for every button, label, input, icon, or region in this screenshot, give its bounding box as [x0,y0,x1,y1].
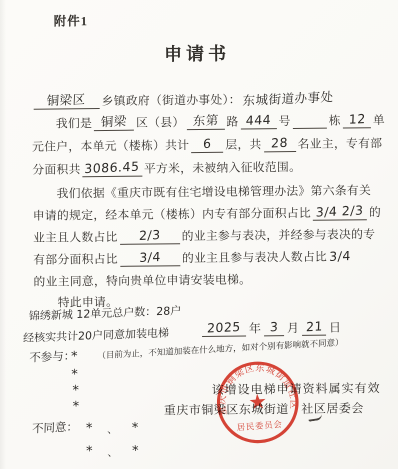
year-label: 年 [249,321,261,335]
body-line: 分面积共3086.45平方米，未被纳入征收范围。 [32,158,301,178]
asterisk-mark: * [71,367,78,382]
filled-blank: 444 [241,113,277,129]
printed-text: 的 [369,205,381,219]
printed-text: 平方米，未被纳入征收范围。 [144,160,301,176]
handwritten-note-households: 锦绣新城 12单元总户数：28户 [29,302,182,324]
seal-bottom-text: 居民委员会 [236,419,283,433]
filled-blank: 3086.45 [83,161,142,178]
handwritten-text: 3/4 [327,248,353,264]
filled-blank: 铜梁 [94,115,134,131]
handwritten-text: 12 [346,112,367,127]
ink-scribble [307,410,322,422]
scanned-document-page: 附件1 申请书 铜梁区乡镇政府（街道办事处）：东城街道办事处我们是铜梁区（县）东… [0,0,398,469]
asterisk-mark: * [132,421,139,436]
day-label: 日 [329,321,341,335]
red-seal-stamp: 重庆市铜梁区东城街道社区 ★ 居民委员会 [210,355,305,450]
printed-text: 乡镇政府（街道办事处）： [102,93,241,108]
asterisk-mark: * [72,383,79,398]
printed-text: 的业主参与表决，并经参与表决的专 [182,227,376,243]
printed-text: 我们依据《重庆市既有住宅增设电梯管理办法》第六条有关 [56,183,371,200]
date-line: 2025年3月21日 [199,319,341,337]
application-form: 附件1 申请书 铜梁区乡镇政府（街道办事处）：东城街道办事处我们是铜梁区（县）东… [0,0,398,469]
printed-text: 栋 [329,114,341,128]
printed-text: 业主且人数占比 [33,230,118,245]
body-line: 元住户，本单元（楼栋）共计6层，共28名业主，专有部 [32,134,382,155]
printed-text: 元住户，本单元（楼栋）共计 [32,138,189,154]
attachment-label: 附件1 [54,11,88,29]
body-text: 铜梁区乡镇政府（街道办事处）：东城街道办事处我们是铜梁区（县）东第路444号栋1… [0,0,396,2]
printed-text: 层，共 [225,137,261,151]
asterisk-mark: * [72,399,79,414]
handwritten-text: 28 [269,136,290,151]
date-day-blank: 21 [302,320,326,336]
handwritten-text: 东城街道办事处 [241,87,337,109]
date-year-blank: 2025 [202,321,246,337]
printed-text: 申请的规定，经本单元（楼栋）内专有部分面积占比 [33,206,311,223]
printed-text: 号 [279,114,291,128]
body-line: 业主且人数占比2/3的业主参与表决，并经参与表决的专 [33,225,375,246]
filled-blank: 3/4 2/3 [313,204,367,221]
handwritten-text: 6 [201,137,214,152]
handwritten-text: 铜梁区 [45,92,89,108]
handwritten-text: 3/4 [137,250,163,265]
asterisk-mark: * [71,349,78,364]
page-title: 申请书 [0,38,396,68]
body-line: 申请的规定，经本单元（楼栋）内专有部分面积占比3/4 2/3的 [33,203,382,224]
handwritten-label-disagree: 不同意： [32,418,78,436]
asterisk-mark: * [86,421,93,436]
body-line: 铜梁区乡镇政府（街道办事处）：东城街道办事处 [31,89,335,110]
asterisk-mark: * [132,444,139,459]
handwritten-note-agreed: 经核实共计20户同意加装电梯 [23,324,169,345]
body-line: 我们依据《重庆市既有住宅增设电梯管理办法》第六条有关 [56,181,371,201]
handwritten-year: 2025 [205,320,243,336]
date-month-blank: 3 [264,320,284,336]
printed-text: 单 [373,113,385,127]
printed-text: 路 [226,115,238,129]
printed-text: 我们是 [56,116,92,130]
printed-text: 名业主，专有部 [298,136,383,151]
printed-text: 的业主且参与表决人数占比 [182,250,327,266]
body-line: 有部分面积占比3/4的业主且参与表决人数占比3/4 [33,247,353,267]
handwritten-month: 3 [267,320,280,335]
printed-text: 区（县） [136,115,185,130]
printed-text: 有部分面积占比 [33,252,118,267]
comma-mark: 、 [107,421,118,436]
handwritten-label-abstain: 不参与： [29,347,75,365]
printed-text: 的业主同意，特向贵单位申请安装电梯。 [33,272,251,288]
filled-blank: 28 [264,136,296,152]
filled-blank: 3/4 [120,250,180,267]
filled-blank: 6 [191,137,223,153]
empty-blank [293,113,327,129]
asterisk-mark: * [86,444,93,459]
filled-blank: 东第 [186,114,224,130]
handwritten-text: 铜梁 [99,114,130,129]
handwritten-text: 444 [244,113,274,128]
handwritten-text: 3086.45 [82,160,142,177]
comma-mark: 、 [107,444,118,459]
seal-star-icon: ★ [248,390,268,414]
filled-blank: 2/3 [120,228,180,245]
body-line: 我们是铜梁区（县）东第路444号栋12单 [56,111,385,131]
filled-blank: 铜梁区 [34,93,100,110]
filled-blank: 12 [343,112,371,128]
handwritten-text: 3/4 2/3 [314,203,366,219]
body-line: 的业主同意，特向贵单位申请安装电梯。 [33,270,251,289]
month-label: 月 [287,321,299,335]
handwritten-text: 东第 [190,113,221,128]
handwritten-day: 21 [303,319,324,334]
handwritten-text: 2/3 [137,228,163,243]
printed-text: 分面积共 [32,162,81,177]
